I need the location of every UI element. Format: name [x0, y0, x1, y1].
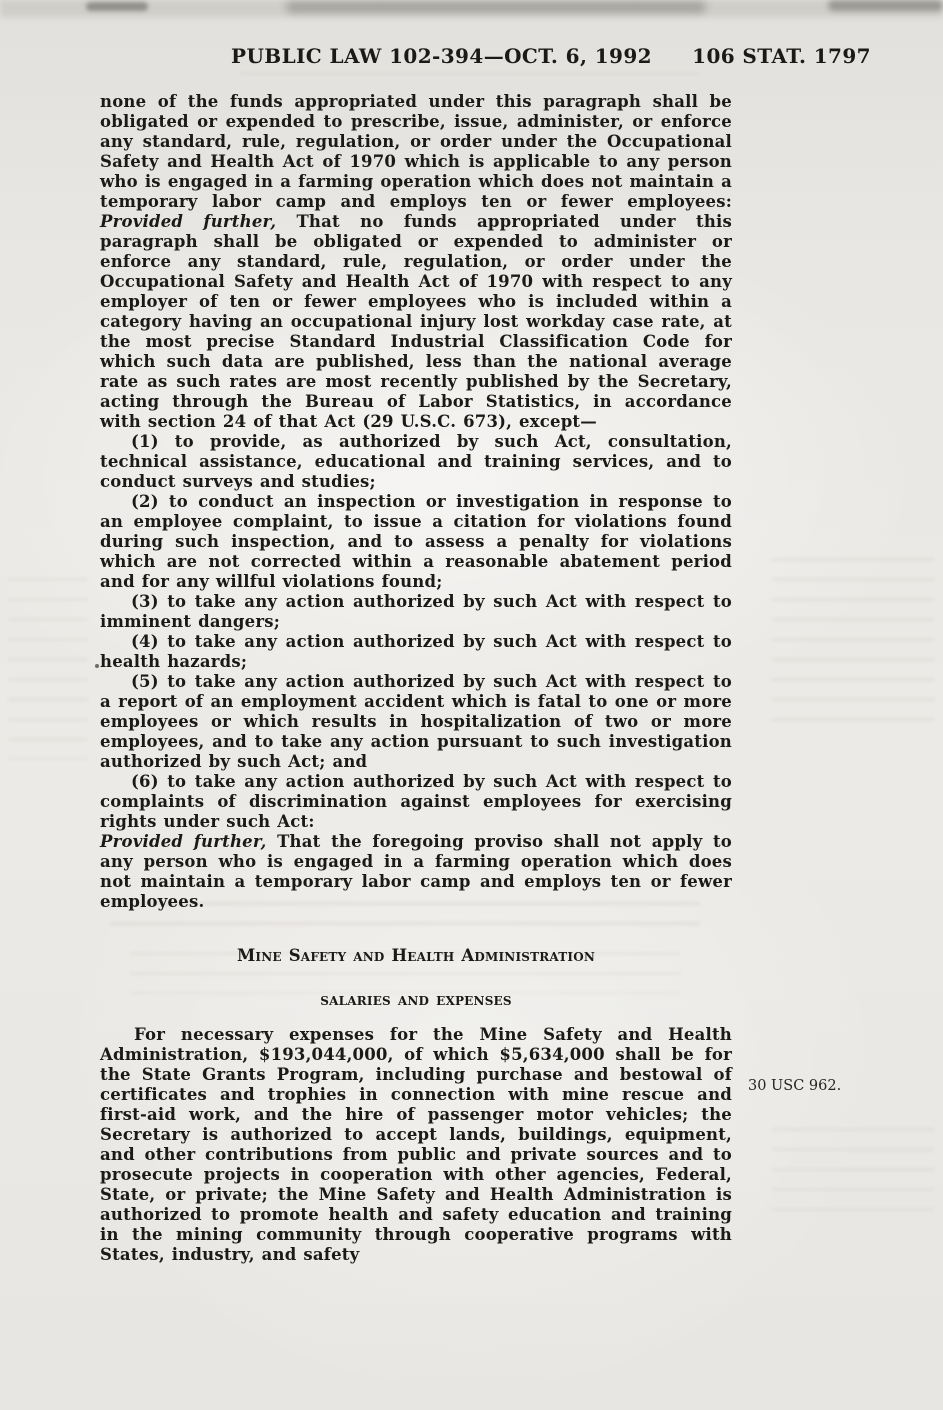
clause-5: (5) to take any action authorized by suc…	[100, 672, 732, 772]
scan-artifact-smudge	[286, 1, 706, 13]
section-subheading-salaries-expenses: salaries and expenses	[100, 990, 732, 1010]
scan-artifact-smudge	[86, 2, 148, 11]
scan-artifact-bleedthrough	[8, 578, 88, 760]
clause-2: (2) to conduct an inspection or investig…	[100, 492, 732, 592]
scan-artifact-bleedthrough	[240, 72, 700, 90]
clause-1: (1) to provide, as authorized by such Ac…	[100, 432, 732, 492]
scan-artifact-top-band	[0, 0, 943, 17]
scan-artifact-bleedthrough	[772, 558, 934, 730]
scanned-statute-page: PUBLIC LAW 102-394—OCT. 6, 1992 106 STAT…	[0, 0, 943, 1410]
proviso-italic-phrase: Provided further,	[100, 212, 276, 231]
para-appropriation: For necessary expenses for the Mine Safe…	[100, 1025, 732, 1265]
clause-3: (3) to take any action authorized by suc…	[100, 592, 732, 632]
section-heading-msha: Mine Safety and Health Administration	[100, 946, 732, 966]
margin-note-usc-citation: 30 USC 962.	[748, 1078, 878, 1094]
scan-artifact-speck	[95, 664, 99, 668]
proviso-italic-phrase: Provided further,	[100, 832, 266, 851]
scan-artifact-smudge	[828, 0, 943, 11]
law-title: PUBLIC LAW 102-394—OCT. 6, 1992	[231, 44, 652, 68]
stat-citation: 106 STAT. 1797	[692, 44, 871, 68]
clause-4: (4) to take any action authorized by suc…	[100, 632, 732, 672]
clause-6: (6) to take any action authorized by suc…	[100, 772, 732, 832]
para-proviso: Provided further, That the foregoing pro…	[100, 832, 732, 912]
para-intro-continuation: That no funds appropriated under this pa…	[100, 212, 732, 431]
running-head: PUBLIC LAW 102-394—OCT. 6, 1992 106 STAT…	[0, 44, 943, 68]
para-intro-text: none of the funds appropriated under thi…	[100, 92, 732, 211]
statute-text-column: none of the funds appropriated under thi…	[100, 92, 732, 1265]
para-intro: none of the funds appropriated under thi…	[100, 92, 732, 432]
scan-artifact-bleedthrough	[772, 1128, 934, 1220]
